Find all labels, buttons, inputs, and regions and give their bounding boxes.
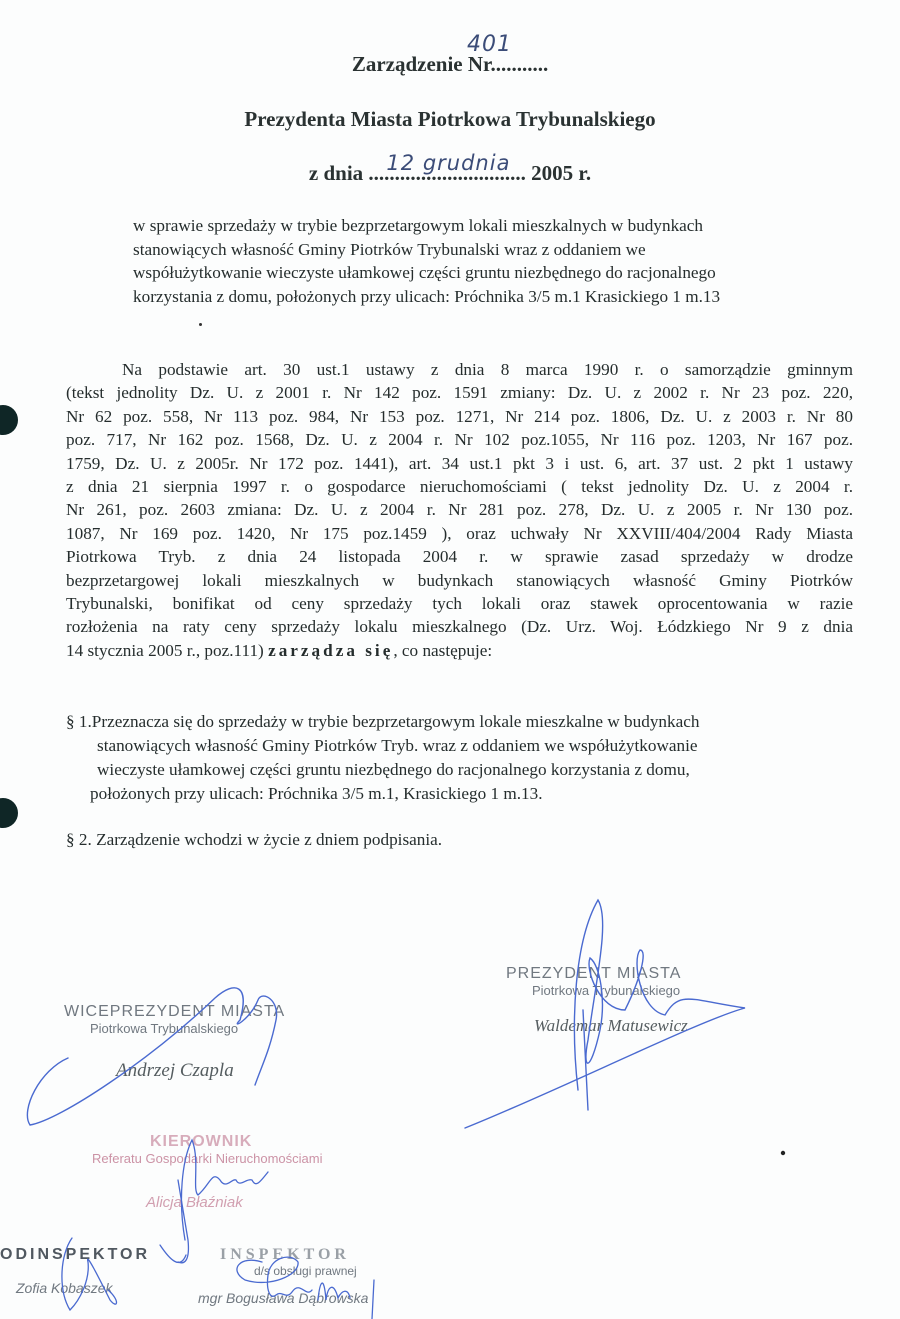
paragraph-line: Na podstawie art. 30 ust.1 ustawy z dnia… <box>66 358 853 381</box>
stamp-name: Zofia Kobaszek <box>16 1280 150 1296</box>
paragraph-line: 1087, Nr 169 poz. 1420, Nr 175 poz.1459 … <box>66 522 853 545</box>
subject-line: w sprawie sprzedaży w trybie bezprzetarg… <box>133 214 863 238</box>
stamp-name: Andrzej Czapla <box>116 1060 285 1082</box>
subject-line: stanowiących własność Gminy Piotrków Try… <box>133 238 863 262</box>
paragraph-text: 14 stycznia 2005 r., poz.111) <box>66 641 268 660</box>
stamp-name: mgr Bogusława Dąbrowska <box>198 1290 368 1306</box>
stamp-title: PREZYDENT MIASTA <box>506 965 688 983</box>
date-line: z dnia ..............................12 … <box>0 161 900 186</box>
paragraph-line: z dnia 21 sierpnia 1997 r. o gospodarce … <box>66 475 853 498</box>
paragraph-line: (tekst jednolity Dz. U. z 2001 r. Nr 142… <box>66 381 853 404</box>
stamp-subtitle: d/s obsługi prawnej <box>254 1264 368 1278</box>
paragraph-line: poz. 717, Nr 162 poz. 1568, Dz. U. z 200… <box>66 428 853 451</box>
section-1: § 1.Przeznacza się do sprzedaży w trybie… <box>66 710 699 806</box>
paragraph-line: 1759, Dz. U. z 2005r. Nr 172 poz. 1441),… <box>66 452 853 475</box>
date-suffix: 2005 r. <box>526 161 591 185</box>
paragraph-line: Trybunalski, bonifikat od ceny sprzedaży… <box>66 592 853 615</box>
subject-line: korzystania z domu, położonych przy ulic… <box>133 285 863 309</box>
date-prefix: z dnia <box>309 161 369 185</box>
stamp-title: WICEPREZYDENT MIASTA <box>64 1003 285 1021</box>
issuer-heading: Prezydenta Miasta Piotrkowa Trybunalskie… <box>0 107 900 132</box>
head-stamp: KIEROWNIK Referatu Gospodarki Nieruchomo… <box>92 1133 322 1211</box>
stamp-title: INSPEKTOR <box>220 1246 368 1264</box>
president-stamp: PREZYDENT MIASTA Piotrkowa Trybunalskieg… <box>506 965 688 1036</box>
ink-dot <box>781 1151 785 1155</box>
chief-inspector-stamp: ODINSPEKTOR Zofia Kobaszek <box>0 1246 150 1296</box>
section-2: § 2. Zarządzenie wchodzi w życie z dniem… <box>66 828 442 852</box>
stamp-title: ODINSPEKTOR <box>0 1246 150 1264</box>
binder-hole <box>0 798 18 828</box>
paragraph-line: bezprzetargowej lokali mieszkalnych w bu… <box>66 569 853 592</box>
paragraph-text: , co następuje: <box>393 641 492 660</box>
date-fill: ..............................12 grudnia <box>368 161 526 185</box>
legal-basis-paragraph: Na podstawie art. 30 ust.1 ustawy z dnia… <box>66 358 853 662</box>
section-line: § 1.Przeznacza się do sprzedaży w trybie… <box>66 710 699 734</box>
subject-line: współużytkowanie wieczyste ułamkowej czę… <box>133 261 863 285</box>
handwritten-date: 12 grudnia <box>386 151 510 175</box>
stamp-name: Waldemar Matusewicz <box>534 1016 688 1036</box>
stray-dot <box>199 323 202 326</box>
inspector-stamp: INSPEKTOR d/s obsługi prawnej mgr Bogusł… <box>220 1246 368 1306</box>
decree-emphasis: zarządza się <box>268 641 393 660</box>
subject-block: w sprawie sprzedaży w trybie bezprzetarg… <box>133 214 863 308</box>
section-line: wieczyste ułamkowej części gruntu niezbę… <box>66 758 699 782</box>
document-title: Zarządzenie Nr........... <box>0 52 900 77</box>
section-line: § 2. Zarządzenie wchodzi w życie z dniem… <box>66 828 442 852</box>
section-line: stanowiących własność Gminy Piotrków Try… <box>66 734 699 758</box>
stamp-subtitle: Piotrkowa Trybunalskiego <box>90 1021 285 1036</box>
section-line: położonych przy ulicach: Próchnika 3/5 m… <box>66 782 699 806</box>
stamp-subtitle: Piotrkowa Trybunalskiego <box>532 983 688 998</box>
paragraph-line: Piotrkowa Tryb. z dnia 24 listopada 2004… <box>66 545 853 568</box>
stamp-name: Alicja Błaźniak <box>146 1194 322 1211</box>
paragraph-line: rozłożenia na raty ceny sprzedaży lokalu… <box>66 615 853 638</box>
paragraph-line: Nr 261, poz. 2603 zmiana: Dz. U. z 2004 … <box>66 498 853 521</box>
paragraph-line: 14 stycznia 2005 r., poz.111) zarządza s… <box>66 639 853 662</box>
paragraph-line: Nr 62 poz. 558, Nr 113 poz. 984, Nr 153 … <box>66 405 853 428</box>
handwritten-number: 401 <box>467 32 512 57</box>
binder-hole <box>0 405 18 435</box>
stamp-title: KIEROWNIK <box>150 1133 322 1151</box>
stamp-subtitle: Referatu Gospodarki Nieruchomościami <box>92 1151 322 1166</box>
vice-president-stamp: WICEPREZYDENT MIASTA Piotrkowa Trybunals… <box>64 1003 285 1082</box>
